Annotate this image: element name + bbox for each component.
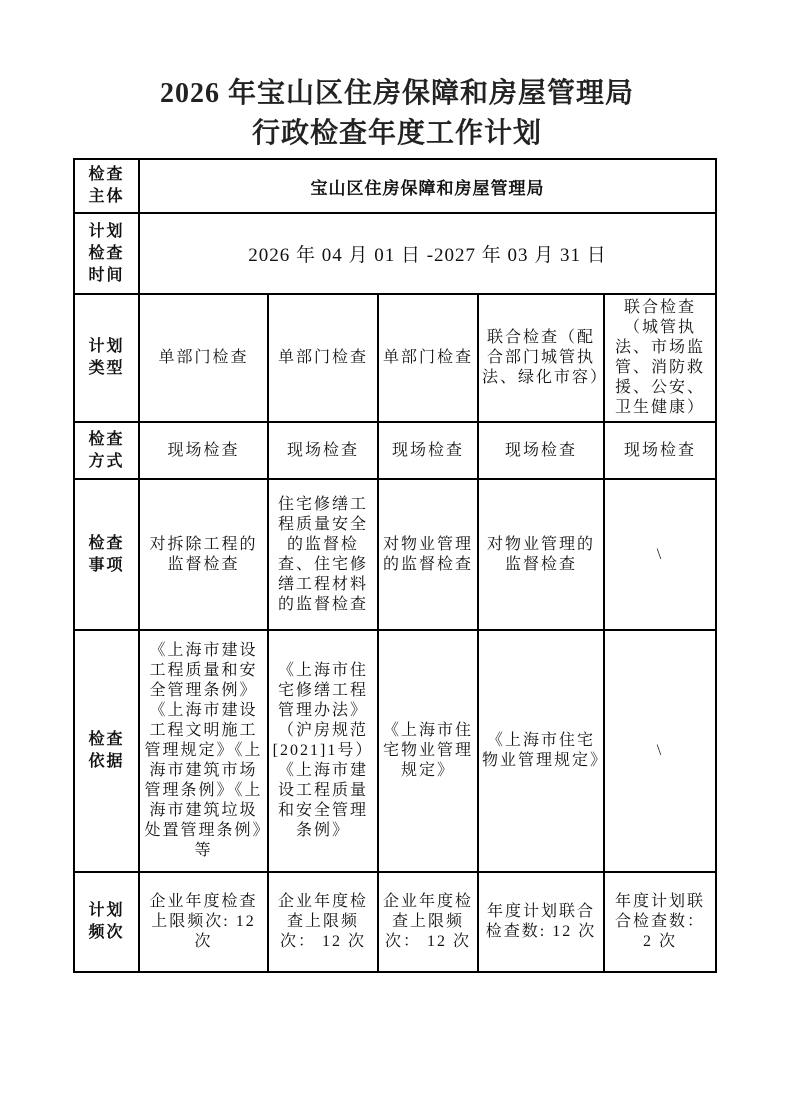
cell-inspection-subject-value: 宝山区住房保障和房屋管理局 [139,159,716,213]
row-label-text: 检查事项 [88,533,126,577]
row-label-plan-frequency: 计划频次 [74,872,139,972]
table-row-plan-type: 计划类型 单部门检查 单部门检查 单部门检查 联合检查（配合部门城管执法、绿化市… [74,294,716,422]
document-title: 2026 年宝山区住房保障和房屋管理局 行政检查年度工作计划 [0,0,794,154]
table-row-inspection-items: 检查事项 对拆除工程的监督检查 住宅修缮工程质量安全的监督检查、住宅修缮工程材料… [74,479,716,630]
cell-plan-frequency-3: 企业年度检查上限频次： 12 次 [378,872,478,972]
row-label-text: 计划频次 [88,900,126,944]
row-label-inspection-subject: 检查主体 [74,159,139,213]
title-line-1: 2026 年宝山区住房保障和房屋管理局 [0,74,794,114]
cell-inspection-items-4: 对物业管理的监督检查 [478,479,604,630]
row-label-inspection-method: 检查方式 [74,422,139,479]
cell-plan-type-4: 联合检查（配合部门城管执法、绿化市容） [478,294,604,422]
annual-inspection-plan-table: 检查主体 宝山区住房保障和房屋管理局 计划检查时间 2026 年 04 月 01… [73,158,717,973]
cell-inspection-method-3: 现场检查 [378,422,478,479]
row-label-text: 计划检查时间 [88,221,126,287]
cell-inspection-method-2: 现场检查 [268,422,378,479]
cell-plan-type-2: 单部门检查 [268,294,378,422]
cell-inspection-basis-1: 《上海市建设工程质量和安全管理条例》《上海市建设工程文明施工管理规定》《上海市建… [139,630,268,872]
table-row-inspection-basis: 检查依据 《上海市建设工程质量和安全管理条例》《上海市建设工程文明施工管理规定》… [74,630,716,872]
cell-plan-frequency-5: 年度计划联合检查数： 2 次 [604,872,716,972]
row-label-plan-type: 计划类型 [74,294,139,422]
cell-inspection-method-5: 现场检查 [604,422,716,479]
cell-inspection-method-1: 现场检查 [139,422,268,479]
cell-inspection-basis-5: \ [604,630,716,872]
cell-plan-type-3: 单部门检查 [378,294,478,422]
cell-plan-type-1: 单部门检查 [139,294,268,422]
table-row-planned-inspection-time: 计划检查时间 2026 年 04 月 01 日 -2027 年 03 月 31 … [74,213,716,294]
row-label-text: 检查方式 [88,429,126,473]
row-label-text: 检查依据 [88,729,126,773]
document-page: 2026 年宝山区住房保障和房屋管理局 行政检查年度工作计划 检查主体 宝山区住… [0,0,794,1093]
row-label-planned-inspection-time: 计划检查时间 [74,213,139,294]
cell-inspection-method-4: 现场检查 [478,422,604,479]
row-label-text: 检查主体 [88,164,126,208]
cell-plan-frequency-1: 企业年度检查上限频次: 12 次 [139,872,268,972]
cell-planned-inspection-time-value: 2026 年 04 月 01 日 -2027 年 03 月 31 日 [139,213,716,294]
table-row-plan-frequency: 计划频次 企业年度检查上限频次: 12 次 企业年度检查上限频次： 12 次 企… [74,872,716,972]
row-label-inspection-items: 检查事项 [74,479,139,630]
table-row-inspection-method: 检查方式 现场检查 现场检查 现场检查 现场检查 现场检查 [74,422,716,479]
cell-inspection-basis-3: 《上海市住宅物业管理规定》 [378,630,478,872]
cell-inspection-items-5: \ [604,479,716,630]
row-label-text: 计划类型 [88,336,126,380]
title-line-2: 行政检查年度工作计划 [0,114,794,154]
cell-inspection-items-3: 对物业管理的监督检查 [378,479,478,630]
table-row-inspection-subject: 检查主体 宝山区住房保障和房屋管理局 [74,159,716,213]
cell-plan-frequency-4: 年度计划联合检查数: 12 次 [478,872,604,972]
cell-inspection-items-1: 对拆除工程的监督检查 [139,479,268,630]
cell-inspection-items-2: 住宅修缮工程质量安全的监督检查、住宅修缮工程材料的监督检查 [268,479,378,630]
cell-inspection-basis-2: 《上海市住宅修缮工程管理办法》（沪房规范[2021]1号）《上海市建设工程质量和… [268,630,378,872]
row-label-inspection-basis: 检查依据 [74,630,139,872]
cell-plan-type-5: 联合检查（城管执法、市场监管、消防救援、公安、卫生健康） [604,294,716,422]
cell-plan-frequency-2: 企业年度检查上限频次： 12 次 [268,872,378,972]
cell-inspection-basis-4: 《上海市住宅物业管理规定》 [478,630,604,872]
